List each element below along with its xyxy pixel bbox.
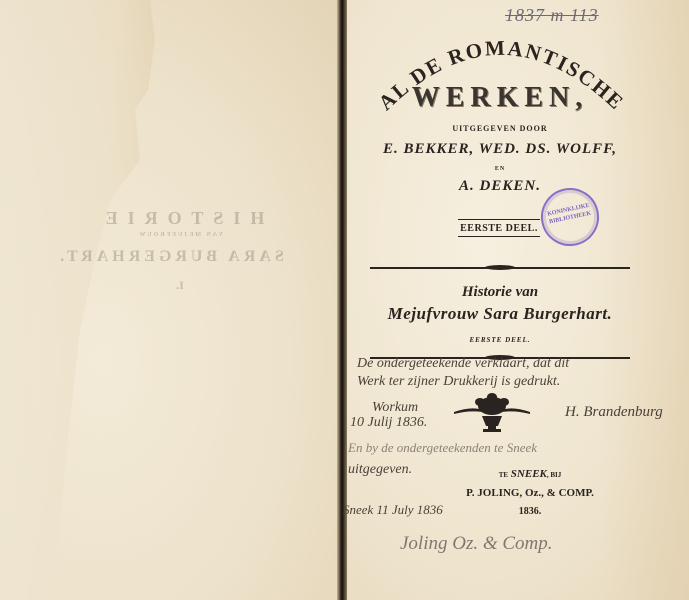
handwritten-signature-2: Joling Oz. & Comp. [400,533,553,555]
bleed-through-name: SARA BURGERHART. [55,248,285,266]
handwritten-place: Workum [372,400,418,416]
handwritten-declaration-1: De ondergeteekende verklaart, dat dit [357,356,569,372]
handwritten-signature: H. Brandenburg [565,404,663,421]
title-line-2: Mejufvrouw Sara Burgerhart. [360,304,640,324]
book-spread: HISTORIE VAN MEJUFFROUW SARA BURGERHART.… [0,0,689,600]
imprint-prefix: TE [499,471,508,479]
published-by: UITGEGEVEN DOOR [360,124,640,133]
volume-label: EERSTE DEEL. [458,219,540,237]
bleed-through-title: HISTORIE [80,208,280,229]
flower-vase-ornament-icon [452,392,532,436]
handwritten-date: 10 Julij 1836. [350,415,427,431]
series-main-title: WERKEN, [360,82,640,114]
imprint-publisher: P. JOLING, Oz., & COMP. [410,487,650,499]
handwritten-publisher-note-2: uitgegeven. [348,462,412,478]
imprint-year: 1836. [430,506,630,517]
bleed-through-subtitle: VAN MEJUFFROUW [80,232,280,238]
title-volume: EERSTE DEEL. [360,336,640,344]
imprint-suffix: , BIJ [547,471,561,479]
imprint-place: TE SNEEK, BIJ [430,468,630,480]
handwritten-publisher-note-1: En by de ondergeteekenden te Sneek [348,440,537,456]
authors-line-2: A. DEKEN. [360,178,640,195]
conjunction: EN [360,166,640,172]
rule-ornament [485,265,515,270]
left-page: HISTORIE VAN MEJUFFROUW SARA BURGERHART.… [0,0,340,600]
imprint-city: SNEEK [511,468,547,480]
authors-line-1: E. BEKKER, WED. DS. WOLFF, [360,141,640,158]
water-stain [0,0,160,600]
handwritten-date-2: Sneek 11 July 1836 [343,502,443,518]
title-line-1: Historie van [360,284,640,301]
bleed-through-volume: I. [80,278,280,293]
handwritten-declaration-2: Werk ter zijner Drukkerij is gedrukt. [357,374,560,390]
